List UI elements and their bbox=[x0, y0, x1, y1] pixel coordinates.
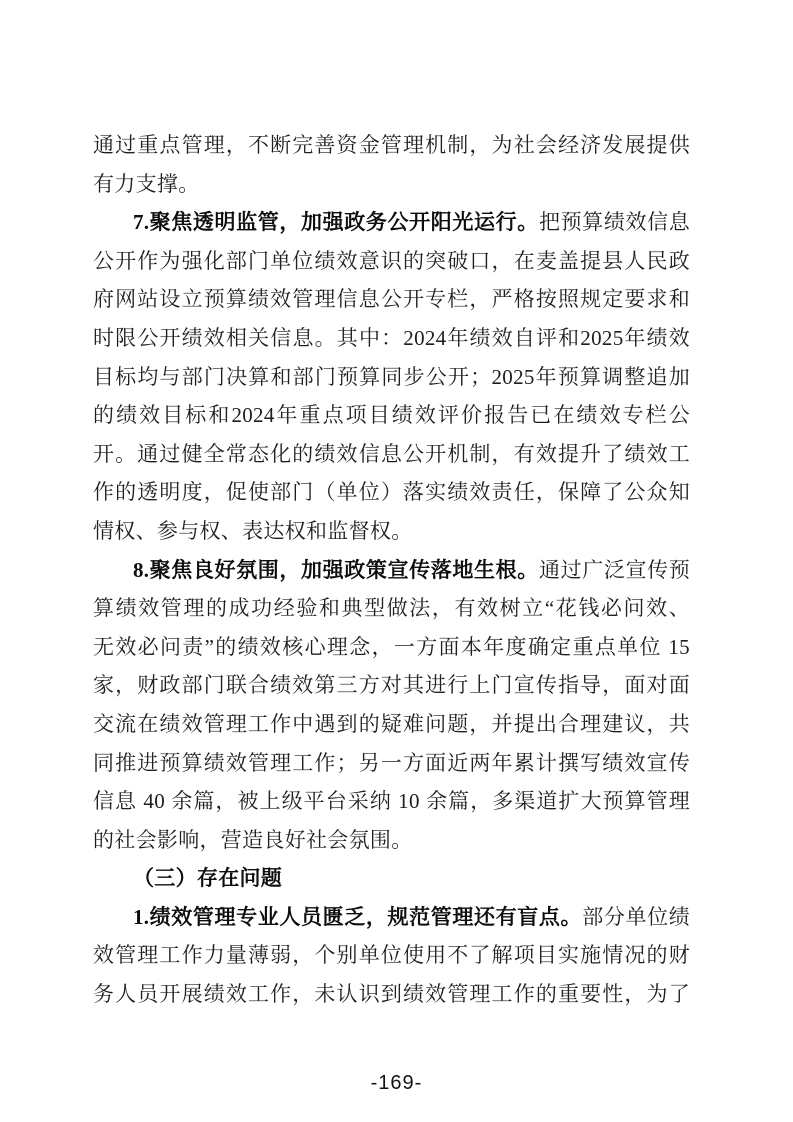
text-segment: 务人员开展绩效工作，未认识到绩效管理工作的重要性，为了 bbox=[93, 982, 690, 1006]
text-segment: 目标均与部门决算和部门预算同步公开；2025年预算调整追加 bbox=[93, 365, 690, 389]
text-line: 府网站设立预算绩效管理信息公开专栏，严格按照规定要求和 bbox=[93, 280, 690, 319]
text-segment: 同推进预算绩效管理工作；另一方面近两年累计撰写绩效宣传 bbox=[93, 751, 690, 775]
text-segment: 效管理工作力量薄弱，个别单位使用不了解项目实施情况的财 bbox=[93, 943, 690, 967]
text-segment: 的绩效目标和2024年重点项目绩效评价报告已在绩效专栏公 bbox=[93, 403, 690, 427]
text-line: 信息 40 余篇，被上级平台采纳 10 余篇，多渠道扩大预算管理 bbox=[93, 782, 690, 821]
text-line: （三）存在问题 bbox=[93, 859, 690, 898]
text-segment: 开。通过健全常态化的绩效信息公开机制，有效提升了绩效工 bbox=[93, 442, 690, 466]
text-segment: 算绩效管理的成功经验和典型做法，有效树立“花钱必问效、 bbox=[93, 596, 690, 620]
text-line: 家，财政部门联合绩效第三方对其进行上门宣传指导，面对面 bbox=[93, 666, 690, 705]
document-page: 通过重点管理，不断完善资金管理机制，为社会经济发展提供有力支撑。7.聚焦透明监管… bbox=[0, 0, 793, 1122]
text-segment: 时限公开绩效相关信息。其中：2024年绩效自评和2025年绩效 bbox=[93, 326, 690, 350]
text-segment: 有力支撑。 bbox=[93, 172, 200, 196]
text-line: 开。通过健全常态化的绩效信息公开机制，有效提升了绩效工 bbox=[93, 435, 690, 474]
text-line: 无效必问责”的绩效核心理念，一方面本年度确定重点单位 15 bbox=[93, 628, 690, 667]
bold-text-segment: 7.聚焦透明监管，加强政务公开阳光运行。 bbox=[133, 210, 539, 234]
text-line: 时限公开绩效相关信息。其中：2024年绩效自评和2025年绩效 bbox=[93, 319, 690, 358]
text-segment: 部分单位绩 bbox=[582, 905, 690, 929]
bold-text-segment: 8.聚焦良好氛围，加强政策宣传落地生根。 bbox=[133, 558, 539, 582]
text-segment: 府网站设立预算绩效管理信息公开专栏，严格按照规定要求和 bbox=[93, 287, 690, 311]
text-segment: 把预算绩效信息 bbox=[539, 210, 690, 234]
bold-text-segment: 1.绩效管理专业人员匮乏，规范管理还有盲点。 bbox=[133, 905, 582, 929]
text-line: 通过重点管理，不断完善资金管理机制，为社会经济发展提供 bbox=[93, 126, 690, 165]
text-segment: 通过重点管理，不断完善资金管理机制，为社会经济发展提供 bbox=[93, 133, 690, 157]
text-segment: 通过广泛宣传预 bbox=[539, 558, 690, 582]
text-line: 7.聚焦透明监管，加强政务公开阳光运行。把预算绩效信息 bbox=[93, 203, 690, 242]
text-line: 效管理工作力量薄弱，个别单位使用不了解项目实施情况的财 bbox=[93, 936, 690, 975]
text-line: 作的透明度，促使部门（单位）落实绩效责任，保障了公众知 bbox=[93, 473, 690, 512]
text-segment: 作的透明度，促使部门（单位）落实绩效责任，保障了公众知 bbox=[93, 480, 690, 504]
text-line: 公开作为强化部门单位绩效意识的突破口，在麦盖提县人民政 bbox=[93, 242, 690, 281]
page-number: -169- bbox=[0, 1072, 793, 1095]
text-line: 务人员开展绩效工作，未认识到绩效管理工作的重要性，为了 bbox=[93, 975, 690, 1014]
text-line: 1.绩效管理专业人员匮乏，规范管理还有盲点。部分单位绩 bbox=[93, 898, 690, 937]
document-body: 通过重点管理，不断完善资金管理机制，为社会经济发展提供有力支撑。7.聚焦透明监管… bbox=[93, 126, 690, 1014]
text-line: 8.聚焦良好氛围，加强政策宣传落地生根。通过广泛宣传预 bbox=[93, 551, 690, 590]
text-line: 情权、参与权、表达权和监督权。 bbox=[93, 512, 690, 551]
text-line: 目标均与部门决算和部门预算同步公开；2025年预算调整追加 bbox=[93, 358, 690, 397]
text-line: 交流在绩效管理工作中遇到的疑难问题，并提出合理建议，共 bbox=[93, 705, 690, 744]
text-segment: 信息 40 余篇，被上级平台采纳 10 余篇，多渠道扩大预算管理 bbox=[93, 789, 690, 813]
text-segment: 的社会影响，营造良好社会氛围。 bbox=[93, 828, 413, 852]
text-segment: 公开作为强化部门单位绩效意识的突破口，在麦盖提县人民政 bbox=[93, 249, 690, 273]
text-line: 有力支撑。 bbox=[93, 165, 690, 204]
text-segment: 情权、参与权、表达权和监督权。 bbox=[93, 519, 413, 543]
text-segment: 家，财政部门联合绩效第三方对其进行上门宣传指导，面对面 bbox=[93, 673, 690, 697]
text-line: 同推进预算绩效管理工作；另一方面近两年累计撰写绩效宣传 bbox=[93, 744, 690, 783]
text-segment: 交流在绩效管理工作中遇到的疑难问题，并提出合理建议，共 bbox=[93, 712, 690, 736]
text-line: 的社会影响，营造良好社会氛围。 bbox=[93, 821, 690, 860]
text-line: 算绩效管理的成功经验和典型做法，有效树立“花钱必问效、 bbox=[93, 589, 690, 628]
text-line: 的绩效目标和2024年重点项目绩效评价报告已在绩效专栏公 bbox=[93, 396, 690, 435]
bold-text-segment: （三）存在问题 bbox=[133, 866, 282, 890]
text-segment: 无效必问责”的绩效核心理念，一方面本年度确定重点单位 15 bbox=[93, 635, 690, 659]
